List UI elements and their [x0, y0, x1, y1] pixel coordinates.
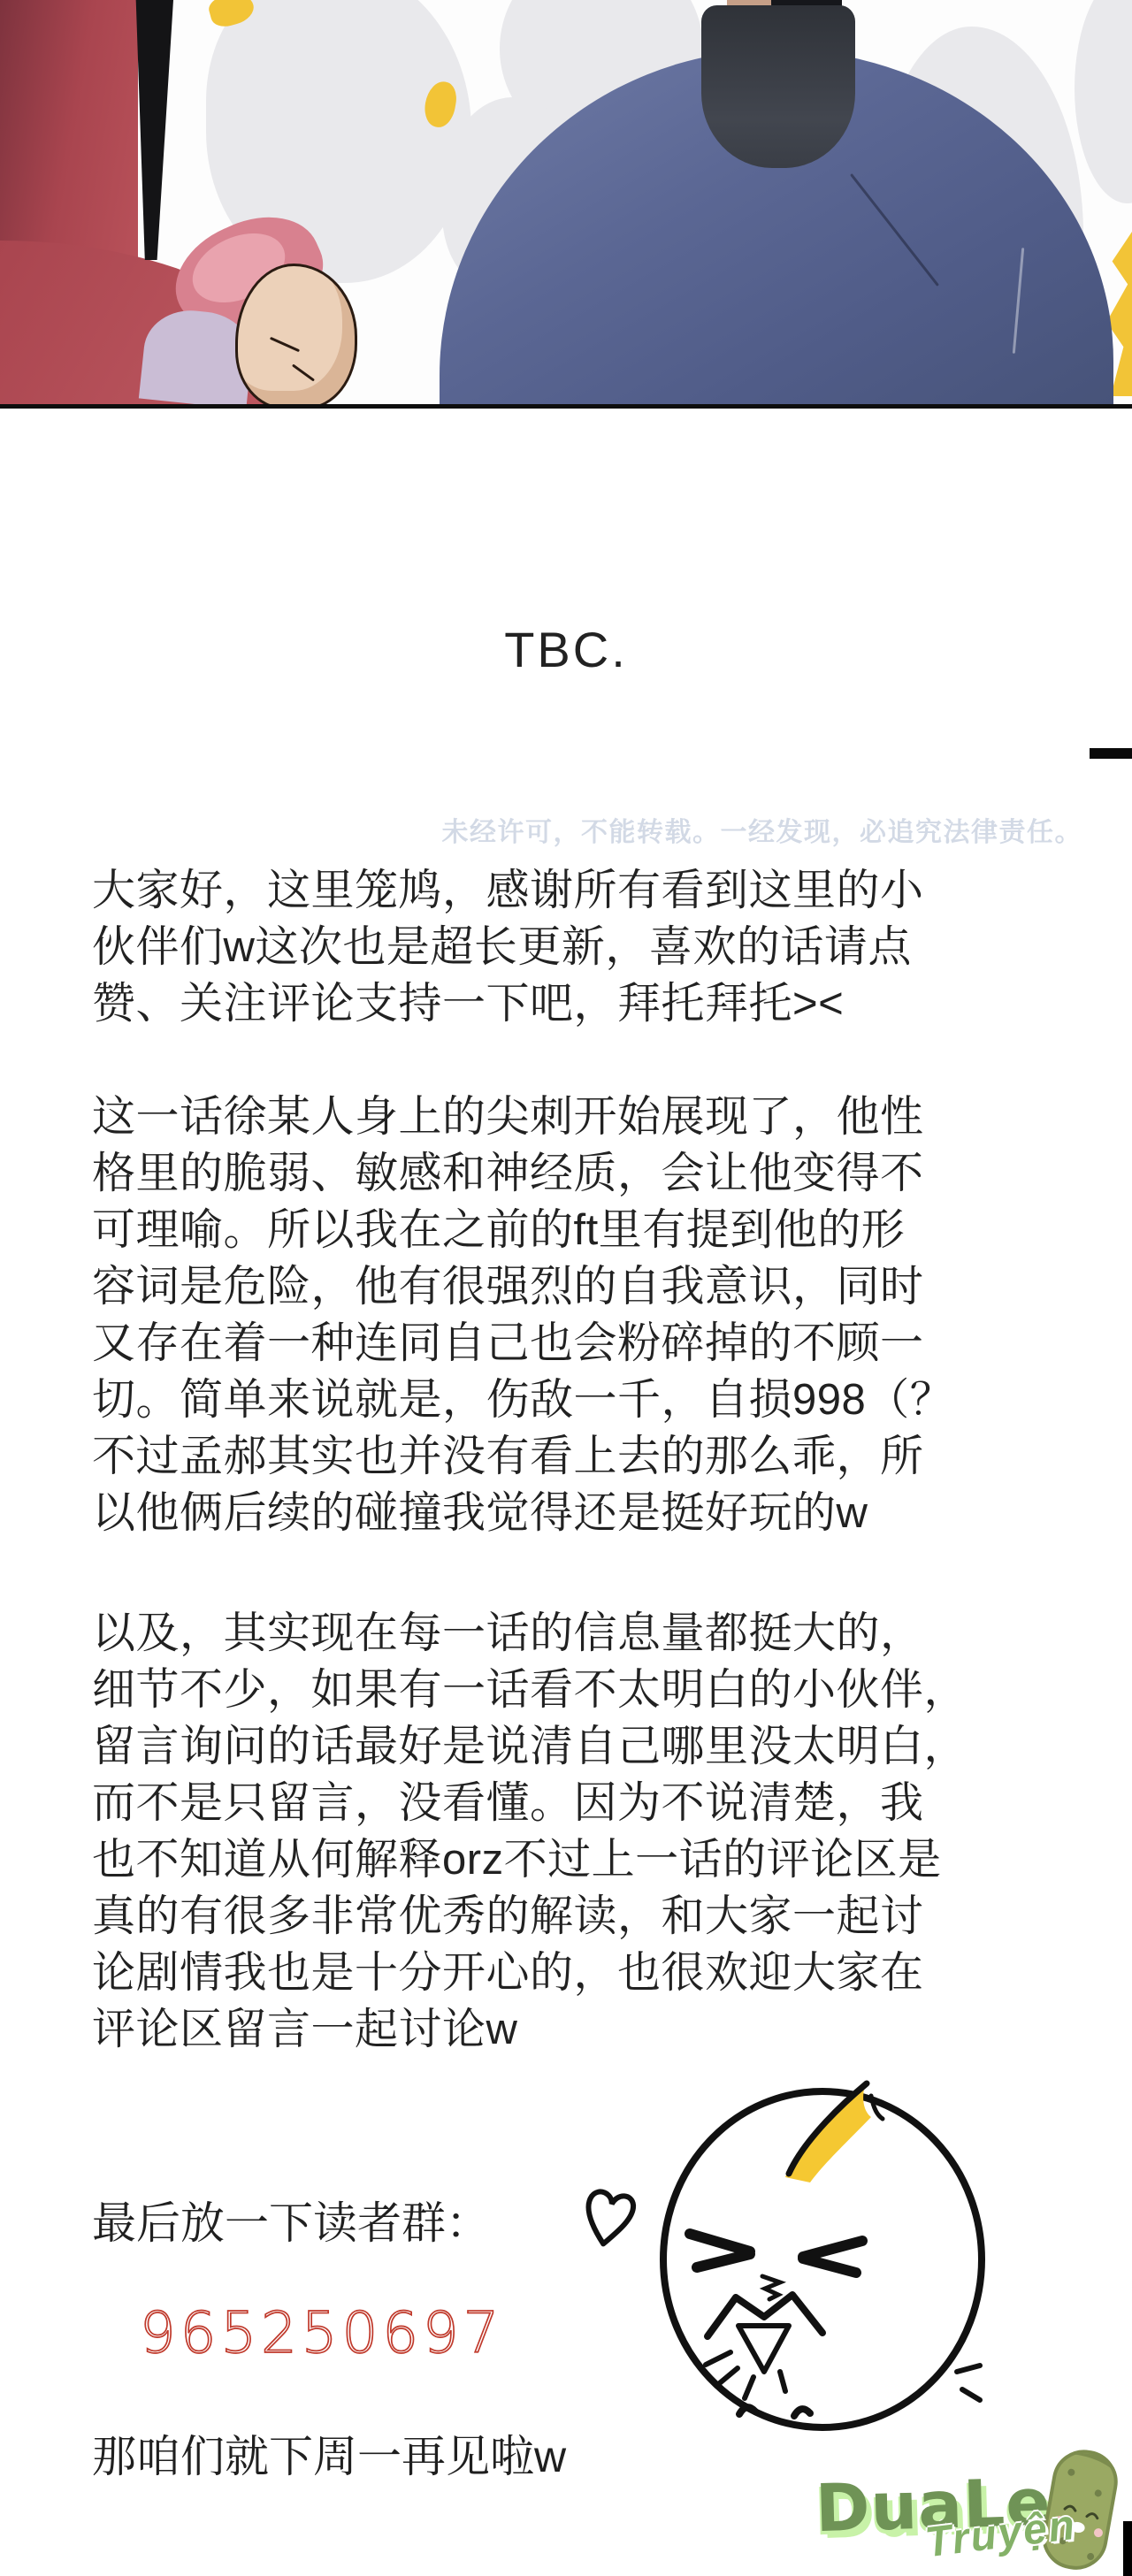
turtleneck-collar: [701, 5, 855, 168]
hair-strand: [133, 0, 173, 260]
note-line: 而不是只留言，没看懂。因为不说清楚，我: [92, 1775, 968, 1831]
note-line: 真的有很多非常优秀的解读，和大家一起讨: [92, 1888, 968, 1945]
author-note-paragraph-2: 这一话徐某人身上的尖刺开始展现了，他性 格里的脆弱、敏感和神经质，会让他变得不 …: [92, 1089, 953, 1541]
author-note-paragraph-3: 以及，其实现在每一话的信息量都挺大的， 细节不少，如果有一话看不太明白的小伙伴，…: [92, 1605, 968, 2058]
closing-line: 那咱们就下周一再见啦w: [92, 2421, 566, 2485]
note-line: 切。简单来说就是，伤敌一千，自损998（？: [92, 1372, 953, 1428]
note-line: 格里的脆弱、敏感和神经质，会让他变得不: [92, 1145, 953, 1202]
clutching-hand: [235, 264, 357, 409]
chick-side-dashes: [957, 2366, 980, 2400]
heart-doodle-icon: [581, 2189, 635, 2248]
note-line: 容词是危险，他有很强烈的自我意识，同时: [92, 1258, 953, 1315]
note-line: 又存在着一种连同自己也会粉碎掉的不顾一: [92, 1315, 953, 1372]
note-line: 论剧情我也是十分开心的，也很欢迎大家在: [92, 1945, 968, 2001]
note-line: 这一话徐某人身上的尖刺开始展现了，他性: [92, 1089, 953, 1145]
reader-group-label: 最后放一下读者群：: [92, 2188, 490, 2251]
note-line: 伙伴们w这次也是超长更新，喜欢的话请点: [92, 919, 924, 975]
note-line: 以他俩后续的碰撞我觉得还是挺好玩的w: [92, 1485, 953, 1541]
note-line: 不过孟郝其实也并没有看上去的那么乖，所: [92, 1428, 953, 1485]
comic-end-page: TBC. 未经许可，不能转载。一经发现，必追究法律责任。 大家好，这里笼鸠，感谢…: [0, 0, 1132, 2576]
note-line: 细节不少，如果有一话看不太明白的小伙伴，: [92, 1662, 968, 1718]
reader-group-number: 965250697: [140, 2301, 503, 2366]
chick-body: [663, 2083, 982, 2427]
chick-mascot-doodle: [557, 2060, 1017, 2441]
page-edge-mark: [1090, 748, 1132, 759]
author-note-paragraph-1: 大家好，这里笼鸠，感谢所有看到这里的小 伙伴们w这次也是超长更新，喜欢的话请点 …: [92, 862, 924, 1032]
copyright-watermark: 未经许可，不能转载。一经发现，必追究法律责任。: [442, 810, 1083, 849]
note-line: 以及，其实现在每一话的信息量都挺大的，: [92, 1605, 968, 1662]
note-line: 评论区留言一起讨论w: [92, 2001, 968, 2058]
note-line: 也不知道从何解释orz不过上一话的评论区是: [92, 1831, 968, 1888]
note-line: 留言询问的话最好是说清自己哪里没太明白，: [92, 1718, 968, 1775]
note-line: 赞、关注评论支持一下吧，拜托拜托><: [92, 975, 924, 1032]
comic-panel-artwork: [0, 0, 1132, 409]
crowd-silhouette: [1075, 0, 1132, 203]
tbc-label: TBC.: [0, 621, 1132, 678]
note-line: 大家好，这里笼鸠，感谢所有看到这里的小: [92, 862, 924, 919]
corner-black-bar: [1123, 2521, 1132, 2576]
note-line: 可理喻。所以我在之前的ft里有提到他的形: [92, 1202, 953, 1258]
